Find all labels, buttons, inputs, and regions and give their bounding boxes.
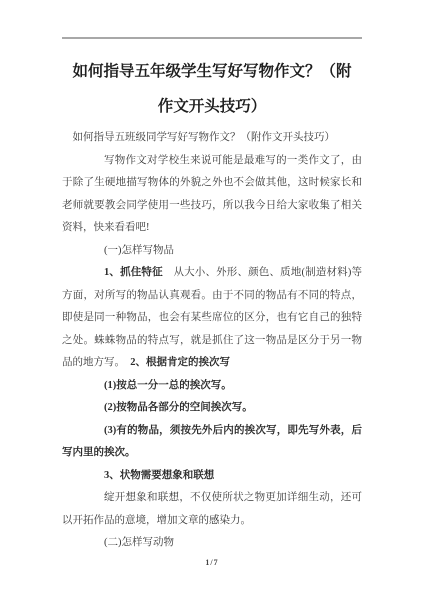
paragraph-text-bold: 2、根据肯定的挨次写: [130, 357, 230, 368]
paragraph: (一)怎样写物品: [62, 240, 362, 263]
page-number: 1/7: [62, 556, 362, 570]
paragraph-text-bold: 1、抓住特征: [104, 267, 163, 278]
paragraph: 3、状物需要想象和联想: [62, 465, 362, 488]
document-body: 如何指导五班级同学写好写物作文？（附作文开头技巧）写物作文对学校生来说可能是最难…: [62, 127, 362, 555]
paragraph: (1)按总一分一总的挨次写。: [62, 375, 362, 398]
paragraph: (二)怎样写动物: [62, 532, 362, 555]
paragraph-text-bold: (2)按物品各部分的空间挨次写。: [104, 402, 253, 413]
paragraph-text-bold: (3)有的物品，须按先外后内的挨次写，即先写外表，后写内里的挨次。: [62, 425, 362, 459]
paragraph: 写物作文对学校生来说可能是最难写的一类作文了，由于除了生硬地描写物体的外貌之外也…: [62, 150, 362, 240]
page-top-divider: [62, 37, 362, 39]
document-page: 如何指导五年级学生写好写物作文？（附作文开头技巧） 如何指导五班级同学写好写物作…: [0, 0, 424, 600]
paragraph-text: 写物作文对学校生来说可能是最难写的一类作文了，由于除了生硬地描写物体的外貌之外也…: [62, 155, 362, 234]
paragraph-text: 绽开想象和联想，不仅使所状之物更加详细生动，还可以开拓作品的意境，增加文章的感染…: [62, 492, 362, 526]
paragraph: (2)按物品各部分的空间挨次写。: [62, 397, 362, 420]
paragraph: 如何指导五班级同学写好写物作文？（附作文开头技巧）: [62, 127, 362, 150]
paragraph-text: (二)怎样写动物: [104, 537, 174, 548]
document-title: 如何指导五年级学生写好写物作文？（附作文开头技巧）: [68, 54, 356, 124]
paragraph: 绽开想象和联想，不仅使所状之物更加详细生动，还可以开拓作品的意境，增加文章的感染…: [62, 487, 362, 532]
paragraph: (3)有的物品，须按先外后内的挨次写，即先写外表，后写内里的挨次。: [62, 420, 362, 465]
paragraph-text: (一)怎样写物品: [104, 245, 174, 256]
document-content: 如何指导五年级学生写好写物作文？（附作文开头技巧） 如何指导五班级同学写好写物作…: [62, 54, 362, 570]
paragraph-text: 如何指导五班级同学写好写物作文？（附作文开头技巧）: [73, 132, 336, 143]
paragraph-text-bold: (1)按总一分一总的挨次写。: [104, 380, 232, 391]
paragraph-text: 从大小、外形、颜色、质地(制造材料)等方面，对所写的物品认真观看。由于不同的物品…: [62, 267, 362, 368]
paragraph: 1、抓住特征 从大小、外形、颜色、质地(制造材料)等方面，对所写的物品认真观看。…: [62, 262, 362, 375]
paragraph-text-bold: 3、状物需要想象和联想: [104, 470, 214, 481]
